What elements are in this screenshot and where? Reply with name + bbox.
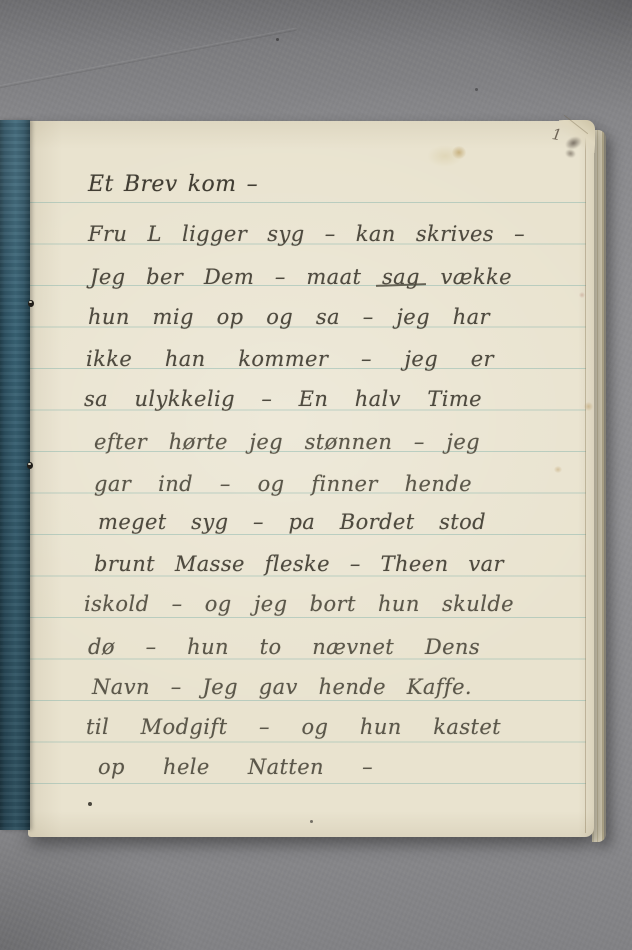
handwriting-line: op hele Natten –	[98, 754, 373, 780]
handwriting-line: brunt Masse fleske – Theen var	[94, 551, 504, 577]
photograph-of-notebook: 1 Et Brev kom – Fru L ligger syg – kan s…	[0, 0, 632, 950]
handwriting-line: til Modgift – og hun kastet	[86, 714, 501, 740]
ink-speck	[310, 820, 313, 823]
handwriting-line: meget syg – pa Bordet stod	[98, 509, 486, 535]
handwriting-line: ikke han kommer – jeg er	[86, 346, 494, 372]
handwriting-line: hun mig op og sa – jeg har	[88, 304, 490, 330]
notebook-page: 1 Et Brev kom – Fru L ligger syg – kan s…	[28, 121, 594, 837]
stain	[579, 292, 585, 298]
ink-speck	[88, 802, 92, 806]
handwriting-line: sa ulykkelig – En halv Time	[84, 386, 482, 412]
stain	[452, 146, 466, 159]
handwriting-line: gar ind – og finner hende	[94, 471, 472, 497]
stain	[584, 402, 593, 411]
sewing-hole	[27, 462, 33, 469]
handwriting-line: efter hørte jeg stønnen – jeg	[94, 429, 480, 455]
handwriting-line: dø – hun to nævnet Dens	[88, 634, 480, 660]
handwriting-line: Fru L ligger syg – kan skrives –	[88, 221, 525, 247]
sewing-hole	[28, 300, 34, 307]
lint-speck	[475, 88, 478, 91]
cloth-spine	[0, 120, 30, 830]
page-number: 1	[551, 125, 568, 145]
page-edge-crease	[585, 125, 586, 833]
handwriting-line-title: Et Brev kom –	[88, 172, 258, 198]
handwriting-line: Jeg ber Dem – maat sag vække	[90, 264, 512, 290]
lint-speck	[276, 38, 279, 41]
page-stack-edge	[592, 130, 606, 842]
stain	[554, 466, 562, 473]
handwriting-line: Navn – Jeg gav hende Kaffe.	[92, 674, 472, 700]
handwriting-line: iskold – og jeg bort hun skulde	[84, 591, 514, 617]
